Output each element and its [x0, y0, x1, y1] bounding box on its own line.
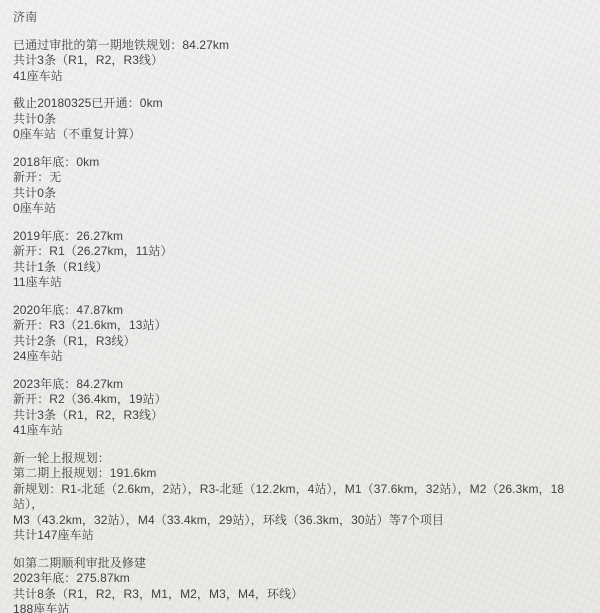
- note-line: 新规划：R1-北延（2.6km，2站），R3-北延（12.2km，4站），M1（…: [13, 482, 588, 513]
- note-page: 济南已通过审批的第一期地铁规划：84.27km共计3条（R1，R2，R3线）41…: [0, 0, 600, 613]
- note-block: 2018年底：0km新开：无共计0条0座车站: [13, 155, 588, 217]
- note-line: 2020年底：47.87km: [13, 303, 588, 319]
- note-line: 共计1条（R1线）: [13, 260, 588, 276]
- note-line: 0座车站: [13, 201, 588, 217]
- note-line: 11座车站: [13, 275, 588, 291]
- note-line: 新一轮上报规划：: [13, 451, 588, 467]
- note-line: 新开：R1（26.27km，11站）: [13, 244, 588, 260]
- note-line: 如第二期顺利审批及修建: [13, 556, 588, 572]
- note-line: 共计3条（R1，R2，R3线）: [13, 408, 588, 424]
- note-line: M3（43.2km，32站），M4（33.4km，29站），环线（36.3km，…: [13, 513, 588, 529]
- note-line: 共计2条（R1，R3线）: [13, 334, 588, 350]
- note-block: 2020年底：47.87km新开：R3（21.6km，13站）共计2条（R1，R…: [13, 303, 588, 365]
- note-block: 2019年底：26.27km新开：R1（26.27km，11站）共计1条（R1线…: [13, 229, 588, 291]
- note-line: 截止20180325已开通：0km: [13, 96, 588, 112]
- note-block: 已通过审批的第一期地铁规划：84.27km共计3条（R1，R2，R3线）41座车…: [13, 38, 588, 85]
- note-block: 如第二期顺利审批及修建2023年底：275.87km共计8条（R1，R2，R3，…: [13, 556, 588, 613]
- note-line: 188座车站: [13, 602, 588, 613]
- note-line: 共计0条: [13, 112, 588, 128]
- note-line: 共计8条（R1，R2，R3，M1，M2，M3，M4，环线）: [13, 587, 588, 603]
- note-line: 新开：R3（21.6km，13站）: [13, 318, 588, 334]
- note-line: 2023年底：84.27km: [13, 377, 588, 393]
- note-line: 41座车站: [13, 423, 588, 439]
- note-line: 共计0条: [13, 186, 588, 202]
- note-line: 41座车站: [13, 69, 588, 85]
- note-title-block: 济南: [13, 10, 588, 26]
- page-title: 济南: [13, 10, 588, 26]
- note-block: 截止20180325已开通：0km共计0条0座车站（不重复计算）: [13, 96, 588, 143]
- note-line: 已通过审批的第一期地铁规划：84.27km: [13, 38, 588, 54]
- metro-note: 济南已通过审批的第一期地铁规划：84.27km共计3条（R1，R2，R3线）41…: [0, 0, 600, 613]
- note-line: 第二期上报规划：191.6km: [13, 466, 588, 482]
- note-block: 新一轮上报规划：第二期上报规划：191.6km新规划：R1-北延（2.6km，2…: [13, 451, 588, 544]
- note-line: 2023年底：275.87km: [13, 571, 588, 587]
- note-line: 新开：无: [13, 170, 588, 186]
- note-line: 24座车站: [13, 349, 588, 365]
- note-line: 2019年底：26.27km: [13, 229, 588, 245]
- note-block: 2023年底：84.27km新开：R2（36.4km，19站）共计3条（R1，R…: [13, 377, 588, 439]
- note-line: 2018年底：0km: [13, 155, 588, 171]
- note-line: 共计147座车站: [13, 528, 588, 544]
- note-line: 共计3条（R1，R2，R3线）: [13, 53, 588, 69]
- note-line: 0座车站（不重复计算）: [13, 127, 588, 143]
- note-line: 新开：R2（36.4km，19站）: [13, 392, 588, 408]
